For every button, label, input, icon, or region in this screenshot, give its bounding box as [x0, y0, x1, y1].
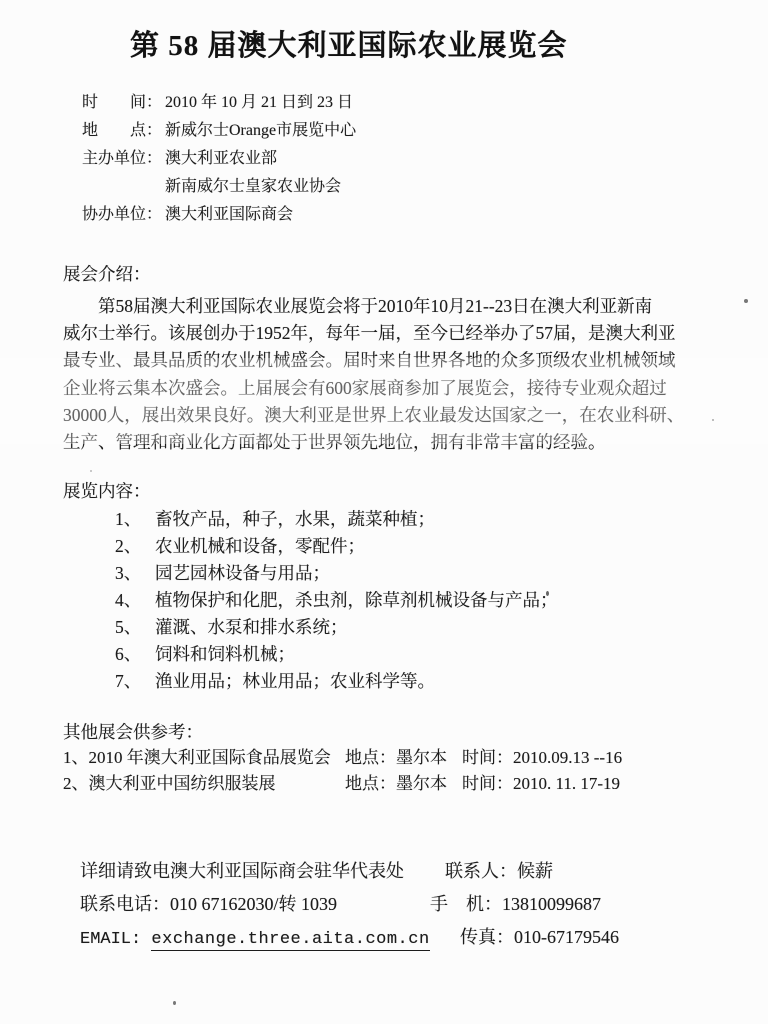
meta-value: 2010 年 10 月 21 日到 23 日	[165, 94, 353, 111]
meta-value: 新南威尔士皇家农业协会	[165, 178, 341, 195]
contents-heading: 展览内容：	[63, 478, 768, 504]
meta-row-co-organizer: 协办单位：澳大利亚国际商会	[82, 201, 768, 229]
meta-row-place: 地 点：新威尔士Orange市展览中心	[82, 117, 768, 145]
exhibition-name: 1、2010 年澳大利亚国际食品展览会	[63, 745, 345, 771]
exhibit-contents-section: 展览内容： 1、畜牧产品，种子，水果，蔬菜种植； 2、农业机械和设备，零配件； …	[63, 478, 768, 695]
list-item: 7、渔业用品；林业用品；农业科学等。	[63, 668, 768, 695]
list-item: 5、灌溉、水泵和排水系统；	[63, 614, 768, 641]
contact-block: 详细请致电澳大利亚国际商会驻华代表处 联系人：候薪 联系电话：010 67162…	[80, 855, 768, 954]
document-title: 第 58 届澳大利亚国际农业展览会	[130, 27, 768, 65]
other-exhibition-row: 2、澳大利亚中国纺织服装展地点：墨尔本时间：2010. 11. 17-19	[63, 771, 768, 797]
contact-line-1: 详细请致电澳大利亚国际商会驻华代表处 联系人：候薪	[80, 855, 768, 888]
list-item: 1、畜牧产品，种子，水果，蔬菜种植；	[63, 506, 768, 533]
list-item-number: 7、	[115, 668, 155, 695]
scan-speck	[173, 1001, 176, 1005]
exhibition-time: 时间：2010. 11. 17-19	[462, 774, 620, 793]
list-item-number: 2、	[115, 533, 155, 560]
list-item-number: 5、	[115, 614, 155, 641]
meta-row-organizer: 主办单位：澳大利亚农业部	[82, 145, 768, 173]
intro-heading: 展会介绍：	[63, 261, 768, 287]
list-item-text: 灌溉、水泵和排水系统；	[155, 617, 348, 637]
email-address: exchange.three.aita.com.cn	[151, 930, 429, 951]
list-item: 2、农业机械和设备，零配件；	[63, 533, 768, 560]
list-item-text: 畜牧产品，种子，水果，蔬菜种植；	[155, 509, 435, 529]
meta-value: 新威尔士Orange市展览中心	[165, 122, 356, 139]
list-item-text: 植物保护和化肥，杀虫剂，除草剂机械设备与产品；	[155, 590, 558, 610]
scan-speck	[744, 299, 748, 303]
list-item-text: 饲料和饲料机械；	[155, 644, 295, 664]
meta-row-time: 时 间：2010 年 10 月 21 日到 23 日	[82, 89, 768, 117]
scan-speck	[546, 591, 549, 596]
contact-person: 联系人：候薪	[445, 855, 553, 888]
list-item-text: 渔业用品；林业用品；农业科学等。	[155, 671, 435, 691]
meta-value: 澳大利亚农业部	[165, 150, 277, 167]
meta-label: 协办单位：	[82, 201, 165, 229]
list-item: 4、植物保护和化肥，杀虫剂，除草剂机械设备与产品；	[63, 587, 768, 614]
list-item-number: 4、	[115, 587, 155, 614]
meta-row-organizer-2: 新南威尔士皇家农业协会	[82, 173, 768, 201]
contact-line-2: 联系电话：010 67162030/转 1039 手 机：13810099687	[80, 888, 768, 921]
contents-list: 1、畜牧产品，种子，水果，蔬菜种植； 2、农业机械和设备，零配件； 3、园艺园林…	[63, 506, 768, 695]
other-exhibition-row: 1、2010 年澳大利亚国际食品展览会地点：墨尔本时间：2010.09.13 -…	[63, 745, 768, 771]
list-item-text: 农业机械和设备，零配件；	[155, 536, 365, 556]
meta-label: 主办单位：	[82, 145, 165, 173]
meta-label: 时 间：	[82, 89, 165, 117]
contact-fax: 传真：010-67179546	[460, 921, 619, 954]
event-meta-block: 时 间：2010 年 10 月 21 日到 23 日 地 点：新威尔士Orang…	[82, 89, 768, 229]
meta-label: 地 点：	[82, 117, 165, 145]
list-item-number: 6、	[115, 641, 155, 668]
contact-phone: 联系电话：010 67162030/转 1039	[80, 894, 337, 914]
meta-value: 澳大利亚国际商会	[165, 206, 293, 223]
email-label: EMAIL:	[80, 930, 151, 949]
contact-intro-text: 详细请致电澳大利亚国际商会驻华代表处	[80, 861, 404, 881]
scanned-document-page: 第 58 届澳大利亚国际农业展览会 时 间：2010 年 10 月 21 日到 …	[0, 0, 768, 1024]
exhibition-time: 时间：2010.09.13 --16	[462, 748, 622, 767]
intro-paragraph: 第58届澳大利亚国际农业展览会将于2010年10月21--23日在澳大利亚新南 …	[63, 293, 715, 456]
contact-mobile: 手 机：13810099687	[430, 888, 601, 921]
scan-speck	[90, 470, 92, 472]
exhibition-place: 地点：墨尔本	[345, 771, 462, 797]
list-item-text: 园艺园林设备与用品；	[155, 563, 330, 583]
exhibition-place: 地点：墨尔本	[345, 745, 462, 771]
other-exhibitions-heading: 其他展会供参考：	[63, 719, 768, 745]
other-exhibitions-section: 其他展会供参考： 1、2010 年澳大利亚国际食品展览会地点：墨尔本时间：201…	[63, 719, 768, 797]
list-item: 3、园艺园林设备与用品；	[63, 560, 768, 587]
contact-line-3: EMAIL: exchange.three.aita.com.cn 传真：010…	[80, 921, 768, 954]
list-item-number: 1、	[115, 506, 155, 533]
exhibition-name: 2、澳大利亚中国纺织服装展	[63, 771, 345, 797]
intro-section: 展会介绍： 第58届澳大利亚国际农业展览会将于2010年10月21--23日在澳…	[63, 261, 768, 456]
list-item: 6、饲料和饲料机械；	[63, 641, 768, 668]
scan-speck	[712, 419, 714, 421]
list-item-number: 3、	[115, 560, 155, 587]
